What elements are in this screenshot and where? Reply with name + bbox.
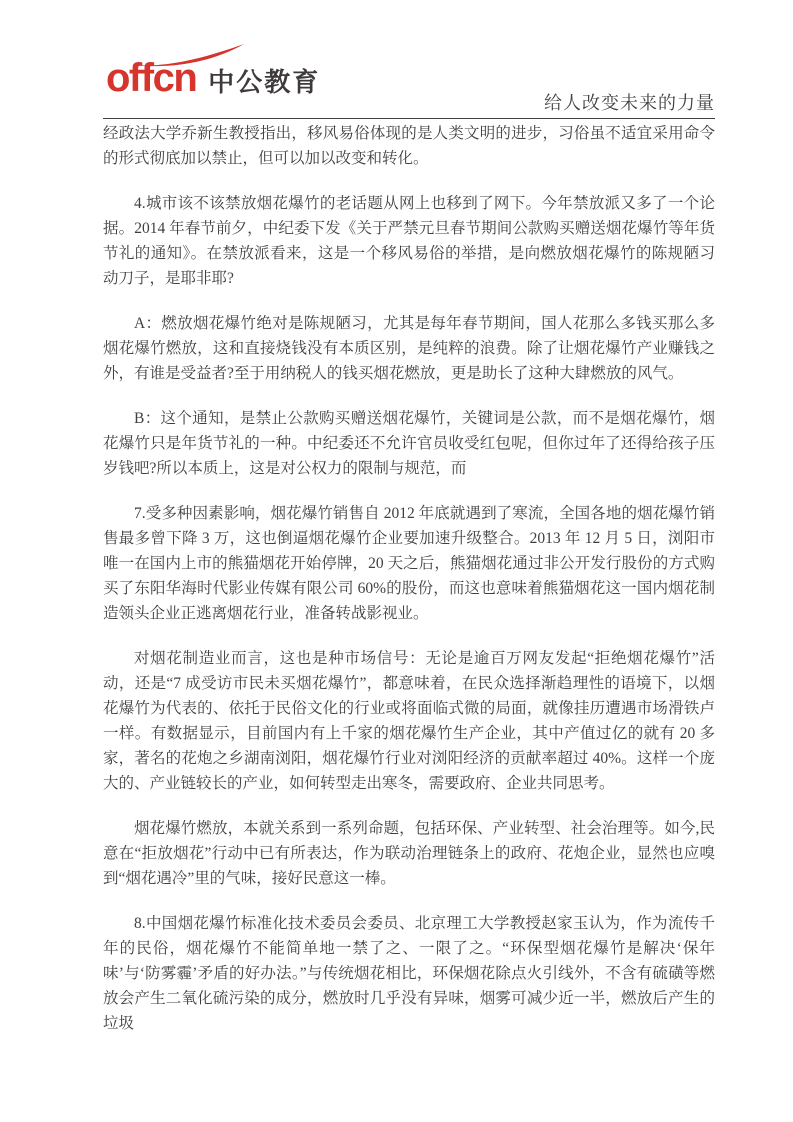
paragraph-7: 烟花爆竹燃放，本就关系到一系列命题，包括环保、产业转型、社会治理等。如今,民意在… (103, 816, 715, 891)
logo-swoosh-icon (134, 43, 246, 69)
header-slogan: 给人改变未来的力量 (544, 92, 715, 114)
paragraph-8: 8.中国烟花爆竹标准化技术委员会委员、北京理工大学教授赵家玉认为，作为流传千年的… (103, 911, 715, 1036)
document-body: 经政法大学乔新生教授指出，移风易俗体现的是人类文明的进步，习俗虽不适宜采用命令的… (103, 121, 715, 1056)
paragraph-1: 经政法大学乔新生教授指出，移风易俗体现的是人类文明的进步，习俗虽不适宜采用命令的… (103, 121, 715, 171)
paragraph-2: 4.城市该不该禁放烟花爆竹的老话题从网上也移到了网下。今年禁放派又多了一个论据。… (103, 191, 715, 291)
document-page: offcn 中公教育 给人改变未来的力量 经政法大学乔新生教授指出，移风易俗体现… (0, 0, 793, 1122)
paragraph-5: 7.受多种因素影响，烟花爆竹销售自 2012 年底就遇到了寒流，全国各地的烟花爆… (103, 501, 715, 626)
logo-brand-cn-text: 中公教育 (208, 69, 320, 95)
offcn-logo: offcn 中公教育 (106, 58, 320, 98)
header-divider (103, 118, 715, 119)
paragraph-3: A：燃放烟花爆竹绝对是陈规陋习，尤其是每年春节期间，国人花那么多钱买那么多烟花爆… (103, 311, 715, 386)
paragraph-6: 对烟花制造业而言，这也是种市场信号：无论是逾百万网友发起“拒绝烟花爆竹”活动，还… (103, 646, 715, 796)
paragraph-4: B：这个通知，是禁止公款购买赠送烟花爆竹，关键词是公款，而不是烟花爆竹，烟花爆竹… (103, 406, 715, 481)
